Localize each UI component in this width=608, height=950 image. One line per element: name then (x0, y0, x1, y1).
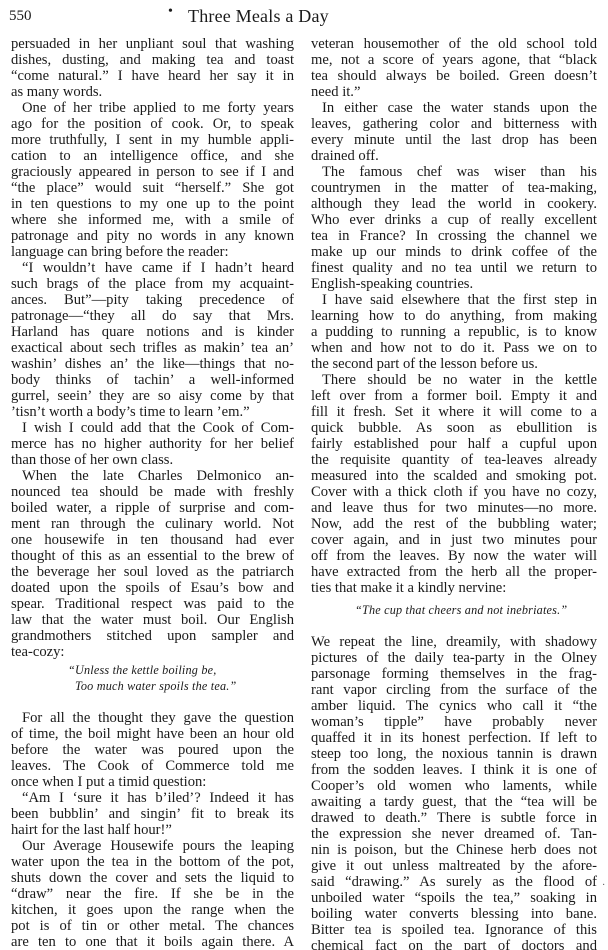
running-title: Three Meals a Day (188, 6, 329, 27)
text-line: leaves, gathering color and bitterness w… (311, 116, 597, 132)
text-line: The famous chef was wiser than his (322, 164, 597, 180)
text-line: than those of her own class. (11, 452, 173, 468)
text-line: spear. Traditional respect was paid to t… (11, 596, 294, 612)
text-line: thought of this as an essential to the b… (11, 548, 294, 564)
text-line: rant vapor circling from the surface of … (311, 682, 597, 698)
text-line: water upon the tea in the bottom of the … (11, 854, 294, 870)
text-line: boiled water, a ripple of surprise and c… (11, 500, 294, 516)
text-line: patronage—“they all do say that Mrs. (11, 308, 294, 324)
text-line: “come natural.” I have heard her say it … (11, 68, 294, 84)
text-line: washin’ dishes an’ the like—things that … (11, 356, 294, 372)
text-line: are ten to one that it boils again there… (11, 934, 294, 950)
text-line: quick bubble. As soon as ebullition is (311, 420, 597, 436)
text-line: every minute until the last drop has bee… (311, 132, 597, 148)
verse-line: “Unless the kettle boiling be, (68, 662, 217, 678)
text-line: doated upon the spoils of Esau’s bow and (11, 580, 294, 596)
text-line: pictures of the daily tea-party in the O… (311, 650, 597, 666)
text-line: dishes, dusting, and making tea and toas… (11, 52, 294, 68)
text-line: merce has no higher authority for her be… (11, 436, 294, 452)
text-line: countrymen in the matter of tea-making, (311, 180, 597, 196)
text-line: nounced tea should be made with freshly (11, 484, 294, 500)
text-line: where she informed me, with a smile of (11, 212, 294, 228)
text-line: such brags of the place from my acquaint… (11, 276, 294, 292)
text-line: pot is of tin or other metal. The chance… (11, 918, 294, 934)
text-line: English-speaking countries. (311, 276, 473, 292)
text-line: patronage and pity no words in any known (11, 228, 294, 244)
text-line: the requisite quantity of tea-leaves alr… (311, 452, 597, 468)
text-line: drained off. (311, 148, 379, 164)
text-line: Our Average Housewife pours the leaping (22, 838, 294, 854)
text-line: learning how to do anything, from making (311, 308, 597, 324)
text-line: We repeat the line, dreamily, with shado… (311, 634, 597, 650)
quotation: “The cup that cheers and not inebriates.… (355, 602, 567, 618)
text-line: have extracted from the herb all the pro… (311, 564, 597, 580)
text-line: of time, the boil might have been an hou… (11, 726, 294, 742)
text-line: Now, add the rest of the bubbling water; (311, 516, 597, 532)
text-line: finest quality and no tea until we retur… (311, 260, 597, 276)
text-line: hairt for the last half hour!” (11, 822, 172, 838)
text-line: law that the water must boil. Our Englis… (11, 612, 294, 628)
text-line: ment ran through the culinary world. Not (11, 516, 294, 532)
text-line: grandmothers stitched upon sampler and (11, 628, 294, 644)
text-line: more truthfully, I sent in my humble app… (11, 132, 294, 148)
text-line: Harland has quare notions and is kinder (11, 324, 294, 340)
text-line: I have said elsewhere that the first ste… (322, 292, 597, 308)
text-line: once when I put a timid question: (11, 774, 206, 790)
page-number: 550 (9, 8, 32, 25)
text-line: “I wouldn’t have came if I hadn’t heard (22, 260, 294, 276)
text-line: make up our minds to drink coffee of the (311, 244, 597, 260)
text-line: steep too long, the noxious tannin is dr… (311, 746, 597, 762)
text-line: in ten questions to my one up to the poi… (11, 196, 294, 212)
text-line: body thinks of tachin’ a well-informed (11, 372, 294, 388)
text-line: Who ever drinks a cup of really excellen… (311, 212, 597, 228)
text-line: “the place” would suit “herself.” She go… (11, 180, 294, 196)
text-line: woman’s tipple” have probably never (311, 714, 597, 730)
text-line: a pudding to running a republic, is to k… (311, 324, 597, 340)
text-line: fairly established pour half a cupful up… (311, 436, 597, 452)
text-line: tea should always be boiled. Green doesn… (311, 68, 597, 84)
text-line: gurrel, seein’ they are so aisy come by … (11, 388, 294, 404)
text-line: exactical about sech trifles as makin’ t… (11, 340, 294, 356)
text-line: from the sodden leaves. I think it is on… (311, 762, 597, 778)
text-line: the second part of the lesson before us. (311, 356, 538, 372)
text-line: “draw” near the fire. If she be in the (11, 886, 294, 902)
text-line: fill it fresh. Set it where it will come… (311, 404, 597, 420)
text-line: “Am I ‘sure it has b’iled’? Indeed it ha… (22, 790, 294, 806)
text-line: need it.” (311, 84, 360, 100)
text-line: ’tisn’t worth a body’s time to learn ’em… (11, 404, 250, 420)
header-ornament-dot: • (168, 4, 173, 20)
margin-mark: · (602, 880, 605, 891)
text-line: One of her tribe applied to me forty yea… (22, 100, 294, 116)
text-line: cover again, and in just two minutes pou… (311, 532, 597, 548)
text-line: before the water was poured upon the (11, 742, 294, 758)
verse-line: Too much water spoils the tea.” (75, 678, 237, 694)
text-line: left over from a former boil. Empty it a… (311, 388, 597, 404)
text-line: When the late Charles Delmonico an- (22, 468, 294, 484)
text-line: one housewife in ten thousand had ever (11, 532, 294, 548)
text-line: For all the thought they gave the questi… (22, 710, 294, 726)
text-line: Cooper’s old women who laments, while (311, 778, 597, 794)
text-line: measured into the scalded and smoking po… (311, 468, 597, 484)
text-line: the expression she never dreamed of. Tan… (311, 826, 597, 842)
text-line: me, not a score of years agone, that “bl… (311, 52, 597, 68)
text-line: when and how not to do it. Pass we on to (311, 340, 597, 356)
text-line: persuaded in her unpliant soul that wash… (11, 36, 294, 52)
text-line: unboiled water “spoils the tea,” soaking… (311, 890, 597, 906)
text-line: and leave thus for two minutes—no more. (311, 500, 597, 516)
text-line: although they lead the world in cookery. (311, 196, 597, 212)
page-header: 550 • Three Meals a Day (0, 4, 608, 28)
text-line: I wish I could add that the Cook of Com- (22, 420, 294, 436)
text-line: leaves. The Cook of Commerce told me (11, 758, 294, 774)
text-line: the beverage her soul loved as the patri… (11, 564, 294, 580)
text-line: off from the leaves. By now the water wi… (311, 548, 597, 564)
text-line: nin is poison, but the Chinese herb does… (311, 842, 597, 858)
text-line: There should be no water in the kettle (322, 372, 597, 388)
text-line: give it out unless maltreated by the afo… (311, 858, 597, 874)
text-line: been bubblin’ and singin’ fit to break i… (11, 806, 294, 822)
text-line: ties that make it a kindly nervine: (311, 580, 506, 596)
text-line: ago for the position of cook. Or, to spe… (11, 116, 294, 132)
text-line: veteran housemother of the old school to… (311, 36, 597, 52)
text-line: chemical fact on the part of doctors and (311, 938, 597, 950)
text-line: graciously appeared in person to see if … (11, 164, 294, 180)
text-line: amber liquid. The cynics who call it “th… (311, 698, 597, 714)
text-line: as many words. (11, 84, 102, 100)
text-line: language can bring before the reader: (11, 244, 229, 260)
text-line: shuts down the cover and sets the liquid… (11, 870, 294, 886)
text-line: Cover with a thick cloth if you have no … (311, 484, 597, 500)
text-line: ances. But”—pity taking precedence of (11, 292, 294, 308)
text-line: In either case the water stands upon the (322, 100, 597, 116)
text-line: awaiting a tardy guest, that the “tea wi… (311, 794, 597, 810)
text-line: tea-cozy: (11, 644, 64, 660)
text-line: Bitter tea is spoiled tea. Ignorance of … (311, 922, 597, 938)
text-line: kitchen, it goes upon the range when the (11, 902, 294, 918)
text-line: quaffed it in its honest perfection. If … (311, 730, 597, 746)
text-line: cation to an intelligence office, and sh… (11, 148, 294, 164)
text-line: boiling water converts blessing into ban… (311, 906, 597, 922)
text-line: drawed to death.” There is subtle force … (311, 810, 597, 826)
text-line: said “drawing.” As surely as the flood o… (311, 874, 597, 890)
book-page: 550 • Three Meals a Day persuaded in her… (0, 0, 608, 950)
text-line: tea in France? In crossing the channel w… (311, 228, 597, 244)
text-line: parsonage forming themselves in the frag… (311, 666, 597, 682)
